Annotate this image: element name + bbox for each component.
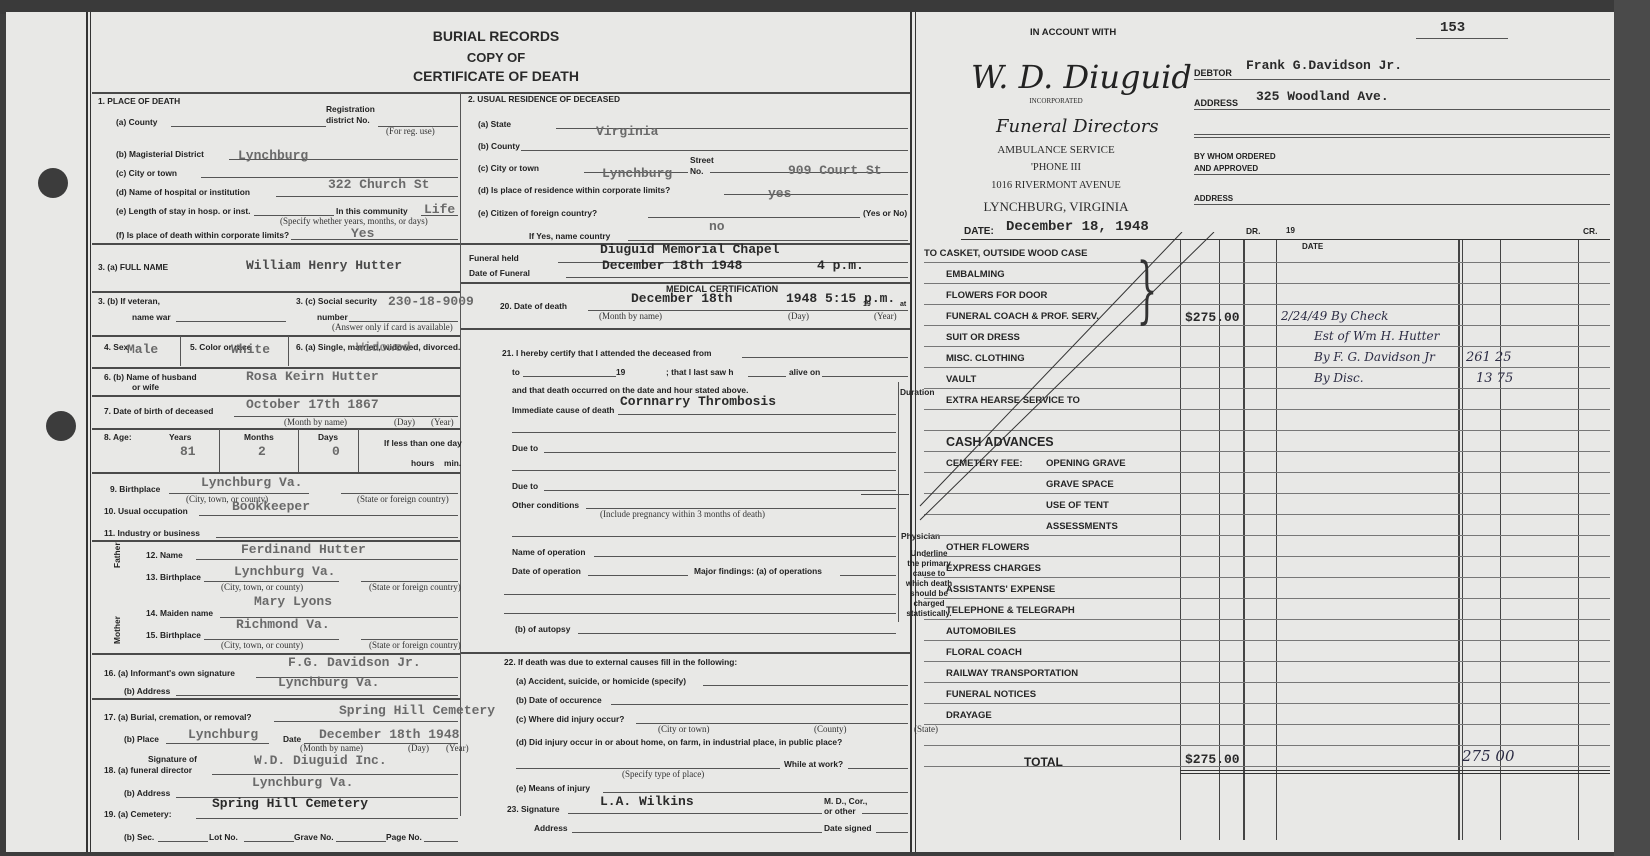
op-date-label: Date of operation xyxy=(512,566,581,576)
foreign-value: no xyxy=(709,219,725,234)
war-label: name war xyxy=(132,312,171,322)
death-date-value: December 18th xyxy=(631,291,732,306)
place-of-death-heading: 1. PLACE OF DEATH xyxy=(98,96,180,106)
father-name-field[interactable] xyxy=(196,559,458,560)
cemetery-label: 19. (a) Cemetery: xyxy=(104,809,172,819)
ledger-row-line[interactable] xyxy=(924,535,1610,536)
mother-birthplace-label: 15. Birthplace xyxy=(146,630,201,640)
sec-label: (b) Sec. xyxy=(124,832,154,842)
residence-corporate-label: (d) Is place of residence within corpora… xyxy=(478,185,670,195)
hospital-label: (d) Name of hospital or institution xyxy=(116,187,250,197)
date-signed-field[interactable] xyxy=(876,832,908,833)
immediate-cause-field[interactable] xyxy=(618,414,896,415)
days-value: 0 xyxy=(332,444,340,459)
years-value: 81 xyxy=(180,444,196,459)
findings-extra-field-2[interactable] xyxy=(504,613,896,614)
informant-address-value: Lynchburg Va. xyxy=(278,675,379,690)
ledger-item-label: TELEPHONE & TELEGRAPH xyxy=(946,605,1075,616)
cemetery-value: Spring Hill Cemetery xyxy=(212,796,368,811)
ordered-address-field[interactable] xyxy=(1194,204,1610,205)
ledger-item-label: FUNERAL NOTICES xyxy=(946,689,1036,700)
funeral-date-value: December 18th 1948 xyxy=(602,258,742,273)
signature-field[interactable] xyxy=(568,813,822,814)
accident-field[interactable] xyxy=(703,685,908,686)
op-date-field[interactable] xyxy=(588,575,688,576)
day-note: (Day) xyxy=(788,311,809,321)
credit-amount: 261 25 xyxy=(1466,350,1512,365)
ambulance-label: AMBULANCE SERVICE xyxy=(976,144,1136,156)
burial-place-value: Lynchburg xyxy=(188,727,258,742)
funeral-date-label: Date of Funeral xyxy=(469,268,530,278)
type-note: (Specify type of place) xyxy=(622,769,704,779)
state-note: (State or foreign country) xyxy=(369,582,461,592)
magisterial-value: Lynchburg xyxy=(238,148,308,163)
residence-county-field[interactable] xyxy=(521,150,908,151)
min-label: min. xyxy=(444,458,461,468)
ledger-row-line[interactable] xyxy=(924,682,1610,683)
accident-label: (a) Accident, suicide, or homicide (spec… xyxy=(516,676,686,686)
occurrence-field[interactable] xyxy=(611,704,908,705)
funeral-time-value: 4 p.m. xyxy=(817,258,864,273)
left-border xyxy=(86,12,88,852)
ledger-row-line[interactable] xyxy=(924,703,1610,704)
ordered-by-label: BY WHOM ORDERED xyxy=(1194,152,1276,161)
veteran-label: 3. (b) If veteran, xyxy=(98,296,160,306)
other-conditions-extra-field[interactable] xyxy=(512,536,896,537)
burial-date-label: Date xyxy=(283,734,301,744)
pregnancy-note: (Include pregnancy within 3 months of de… xyxy=(600,509,765,519)
signature-value: L.A. Wilkins xyxy=(600,794,694,809)
mother-birthplace-value: Richmond Va. xyxy=(236,617,330,632)
credit-date: 2/24/49 xyxy=(1281,309,1327,323)
phone-label: 'PHONE III xyxy=(976,162,1136,173)
approved-label: AND APPROVED xyxy=(1194,164,1258,173)
hospital-value: 322 Church St xyxy=(328,177,429,192)
signer-address-field[interactable] xyxy=(572,832,822,833)
in-account-with-label: IN ACCOUNT WITH xyxy=(1030,27,1116,38)
mother-maiden-value: Mary Lyons xyxy=(254,594,332,609)
charge-amount: $275.00 xyxy=(1185,310,1240,325)
street-value: 909 Court St xyxy=(788,163,882,178)
foreign-label: (e) Citizen of foreign country? xyxy=(478,208,597,218)
county-label: (a) County xyxy=(116,117,157,127)
year-note: (Year) xyxy=(446,743,469,753)
where-label: (c) Where did injury occur? xyxy=(516,714,624,724)
county-note: (County) xyxy=(814,724,847,734)
debtor-extra-line xyxy=(1194,137,1610,138)
lot-field[interactable] xyxy=(244,841,294,842)
occurrence-label: (b) Date of occurence xyxy=(516,695,602,705)
findings-field[interactable] xyxy=(840,575,896,576)
funeral-date-field[interactable] xyxy=(566,277,908,278)
father-name-label: 12. Name xyxy=(146,550,183,560)
director-value: W.D. Diuguid Inc. xyxy=(254,753,387,768)
incorporated-label: INCORPORATED xyxy=(1016,97,1096,105)
debtor-field[interactable] xyxy=(1194,79,1610,80)
informant-label: 16. (a) Informant's own signature xyxy=(104,668,235,678)
operation-field[interactable] xyxy=(594,556,896,557)
attended-from-field[interactable] xyxy=(742,357,908,358)
lot-label: Lot No. xyxy=(209,832,238,842)
immediate-cause-label: Immediate cause of death xyxy=(512,405,614,415)
external-heading: 22. If death was due to external causes … xyxy=(504,657,737,667)
autopsy-label: (b) of autopsy xyxy=(515,624,570,634)
home-label: (d) Did injury occur in or about home, o… xyxy=(516,737,842,747)
state-label: (a) State xyxy=(478,119,511,129)
burial-place-label: (b) Place xyxy=(124,734,159,744)
year-prefix: 19 xyxy=(1286,226,1295,235)
certify-label: 21. I hereby certify that I attended the… xyxy=(502,348,711,358)
ledger-row-line[interactable] xyxy=(924,745,1610,746)
grave-field[interactable] xyxy=(336,841,386,842)
debit-header: DR. xyxy=(1246,226,1260,236)
funeral-directors-label: Funeral Directors xyxy=(996,116,1159,137)
country-label: If Yes, name country xyxy=(529,231,610,241)
industry-label: 11. Industry or business xyxy=(104,528,200,538)
cause-extra-field[interactable] xyxy=(512,432,896,433)
physician-label: Physician xyxy=(901,531,940,541)
months-value: 2 xyxy=(258,444,266,459)
father-name-value: Ferdinand Hutter xyxy=(241,542,366,557)
community-value: Life xyxy=(424,202,455,217)
informant-address-field[interactable] xyxy=(176,695,458,696)
ledger-item-label: AUTOMOBILES xyxy=(946,626,1016,637)
director-label: Signature of xyxy=(148,754,197,764)
residence-county-label: (b) County xyxy=(478,141,520,151)
sec-field[interactable] xyxy=(158,841,208,842)
work-field[interactable] xyxy=(848,768,908,769)
findings-label: Major findings: (a) of operations xyxy=(694,566,822,576)
total-label: TOTAL xyxy=(1024,755,1063,769)
reg-use-note: (For reg. use) xyxy=(386,126,435,136)
corporate-limits-label: (f) Is place of death within corporate l… xyxy=(116,230,289,240)
signer-address-label: Address xyxy=(534,823,568,833)
ledger-row-line[interactable] xyxy=(924,724,1610,725)
marital-value: Widowed xyxy=(356,340,411,355)
date-column-header: DATE xyxy=(1302,242,1323,251)
spouse-value: Rosa Keirn Hutter xyxy=(246,369,379,384)
burial-record-card: BURIAL RECORDS COPY OF CERTIFICATE OF DE… xyxy=(6,12,1614,852)
cemetery-field[interactable] xyxy=(196,818,458,819)
ledger-row-line[interactable] xyxy=(924,619,1610,620)
immediate-cause-value: Cornnarry Thrombosis xyxy=(620,394,776,409)
debtor-value: Frank G.Davidson Jr. xyxy=(1246,58,1402,73)
industry-field[interactable] xyxy=(216,537,458,538)
county-field[interactable] xyxy=(171,126,326,127)
ledger-item-label: OTHER FLOWERS xyxy=(946,542,1029,553)
city-label: LYNCHBURG, VIRGINIA xyxy=(966,199,1146,215)
day-note: (Day) xyxy=(394,417,415,427)
state-note: (State) xyxy=(914,724,938,734)
ledger-row-line[interactable] xyxy=(924,640,1610,641)
state-value: Virginia xyxy=(596,124,658,139)
md-label: M. D., Cor., xyxy=(824,796,867,806)
residence-city-value: Lynchburg xyxy=(602,166,672,181)
residence-city-label: (c) City or town xyxy=(478,163,539,173)
cancel-strike-icon xyxy=(916,232,1216,532)
debtor-label: DEBTOR xyxy=(1194,68,1232,78)
informant-address-label: (b) Address xyxy=(124,686,170,696)
occupation-field[interactable] xyxy=(199,515,458,516)
ledger-row-line[interactable] xyxy=(924,556,1610,557)
credit-desc: By F. G. Davidson Jr xyxy=(1314,350,1435,364)
burial-date-value: December 18th 1948 xyxy=(319,727,459,742)
street-no-label: No. xyxy=(690,166,704,176)
hours-label: hours xyxy=(411,458,434,468)
header-burial-records: BURIAL RECORDS xyxy=(366,28,626,44)
last-saw-label: ; that I last saw h xyxy=(666,367,733,377)
state-note: (State or foreign country) xyxy=(369,640,461,650)
community-label: In this community xyxy=(336,206,408,216)
month-note: (Month by name) xyxy=(300,743,363,753)
sex-label: 4. Sex xyxy=(104,342,128,352)
credit-desc: By Disc. xyxy=(1314,371,1364,385)
findings-extra-field[interactable] xyxy=(504,594,896,595)
total-credit: 275 00 xyxy=(1462,747,1515,765)
account-number-line xyxy=(1416,38,1508,39)
hospital-field[interactable] xyxy=(276,196,458,197)
other-conditions-label: Other conditions xyxy=(512,500,579,510)
months-label: Months xyxy=(244,432,274,442)
total-debit: $275.00 xyxy=(1185,752,1240,767)
mother-side-label: Mother xyxy=(112,616,122,644)
years-label: Years xyxy=(169,432,191,442)
at-label: at xyxy=(900,301,906,308)
registration-label: Registration xyxy=(326,104,375,114)
informant-value: F.G. Davidson Jr. xyxy=(288,655,421,670)
month-note: (Month by name) xyxy=(284,417,347,427)
ssn-note: (Answer only if card is available) xyxy=(332,322,453,332)
residence-corporate-field[interactable] xyxy=(724,194,908,195)
ledger-item-label: EXPRESS CHARGES xyxy=(946,563,1041,574)
city-note: (City, town, or county) xyxy=(221,640,303,650)
nineteen-label: 19 xyxy=(863,301,871,308)
days-label: Days xyxy=(318,432,338,442)
due-to-label: Due to xyxy=(512,443,538,453)
city-note: (City or town) xyxy=(658,724,710,734)
sex-value: Male xyxy=(127,342,158,357)
full-name-label: 3. (a) FULL NAME xyxy=(98,262,168,272)
year-note: (Year) xyxy=(431,417,454,427)
street-label: 1016 RIVERMONT AVENUE xyxy=(966,180,1146,191)
color-value: White xyxy=(231,342,270,357)
director-label-2: 18. (a) funeral director xyxy=(104,765,192,775)
binder-hole-icon xyxy=(38,168,68,198)
due-to-field[interactable] xyxy=(544,452,896,453)
ledger-row-line[interactable] xyxy=(924,661,1610,662)
attended-to-field[interactable] xyxy=(523,376,616,377)
debtor-address-label: ADDRESS xyxy=(1194,98,1238,108)
work-label: While at work? xyxy=(784,759,843,769)
signature-label: 23. Signature xyxy=(507,804,560,814)
ordered-address-label: ADDRESS xyxy=(1194,194,1233,203)
credit-desc: Est of Wm H. Hutter xyxy=(1314,329,1439,343)
brand-logo: W. D. Diuguid xyxy=(971,58,1192,96)
father-birthplace-value: Lynchburg Va. xyxy=(234,564,335,579)
due-to-label-2: Due to xyxy=(512,481,538,491)
center-divider xyxy=(910,12,912,852)
ledger-row-line[interactable] xyxy=(924,577,1610,578)
funeral-held-value: Diuguid Memorial Chapel xyxy=(600,242,779,257)
ledger-row-line[interactable] xyxy=(924,598,1610,599)
page-label: Page No. xyxy=(386,832,422,842)
account-number: 153 xyxy=(1440,20,1465,36)
birthplace-label: 9. Birthplace xyxy=(110,484,160,494)
credit-header: CR. xyxy=(1583,226,1597,236)
page-field[interactable] xyxy=(424,841,458,842)
means-field[interactable] xyxy=(603,792,908,793)
burial-value: Spring Hill Cemetery xyxy=(339,703,495,718)
ssn-value: 230-18-9009 xyxy=(388,294,474,309)
state-note: (State or foreign country) xyxy=(357,494,449,504)
age-label: 8. Age: xyxy=(104,432,132,442)
occupation-label: 10. Usual occupation xyxy=(104,506,188,516)
occupation-value: Bookkeeper xyxy=(232,499,310,514)
credit-amount: 13 75 xyxy=(1476,371,1513,386)
year-note: (Year) xyxy=(874,311,897,321)
day-note: (Day) xyxy=(408,743,429,753)
funeral-held-label: Funeral held xyxy=(469,253,519,263)
birthplace-value: Lynchburg Va. xyxy=(201,475,302,490)
ssn-label: 3. (c) Social security xyxy=(296,296,377,306)
corporate-limits-field[interactable] xyxy=(291,239,458,240)
father-birthplace-label: 13. Birthplace xyxy=(146,572,201,582)
country-field[interactable] xyxy=(628,240,908,241)
burial-field[interactable] xyxy=(274,721,458,722)
autopsy-field[interactable] xyxy=(578,633,896,634)
mother-maiden-label: 14. Maiden name xyxy=(146,608,213,618)
foreign-field[interactable] xyxy=(648,217,860,218)
city-label: (c) City or town xyxy=(116,168,177,178)
due-to-extra-field[interactable] xyxy=(512,470,896,471)
grave-label: Grave No. xyxy=(294,832,334,842)
less-than-day-label: If less than one day xyxy=(384,438,462,448)
means-label: (e) Means of injury xyxy=(516,783,590,793)
ssn-number-label: number xyxy=(317,312,348,322)
alive-on-field[interactable] xyxy=(822,376,908,377)
foreign-note: (Yes or No) xyxy=(863,208,907,218)
corporate-limits-value: Yes xyxy=(351,226,374,241)
nineteen-label: 19 xyxy=(616,367,625,377)
death-year-time-value: 1948 5:15 p.m. xyxy=(786,291,895,306)
md-label-2: or other xyxy=(824,806,856,816)
stay-note: (Specify whether years, months, or days) xyxy=(280,216,428,226)
residence-heading: 2. USUAL RESIDENCE OF DECEASED xyxy=(468,94,620,104)
to-label: to xyxy=(512,367,520,377)
ledger-item-label: DRAYAGE xyxy=(946,710,992,721)
stay-label: (e) Length of stay in hosp. or inst. xyxy=(116,206,250,216)
pronoun-field[interactable] xyxy=(748,376,786,377)
debtor-extra-field[interactable] xyxy=(1194,134,1610,135)
burial-label: 17. (a) Burial, cremation, or removal? xyxy=(104,712,252,722)
scanner-right-edge xyxy=(1614,0,1650,856)
ledger-item-label: FLORAL COACH xyxy=(946,647,1022,658)
alive-on-label: alive on xyxy=(789,367,820,377)
ledger-item-label: ASSISTANTS' EXPENSE xyxy=(946,584,1055,595)
header-copy-of: COPY OF xyxy=(366,50,626,65)
debtor-address-field[interactable] xyxy=(1194,109,1610,110)
full-name-value: William Henry Hutter xyxy=(246,258,402,273)
war-field[interactable] xyxy=(176,321,286,322)
operation-label: Name of operation xyxy=(512,547,586,557)
ordered-by-field[interactable] xyxy=(1194,174,1610,175)
spouse-label-2: or wife xyxy=(132,382,159,392)
director-address-value: Lynchburg Va. xyxy=(252,775,353,790)
ledger-item-label: RAILWAY TRANSPORTATION xyxy=(946,668,1078,679)
debtor-address-value: 325 Woodland Ave. xyxy=(1256,89,1389,104)
city-note: (City, town, or county) xyxy=(221,582,303,592)
magisterial-label: (b) Magisterial District xyxy=(116,149,204,159)
date-signed-label: Date signed xyxy=(824,823,871,833)
father-side-label: Father xyxy=(112,542,122,568)
burial-place-field[interactable] xyxy=(166,743,269,744)
street-label: Street xyxy=(690,155,714,165)
md-field[interactable] xyxy=(862,813,908,814)
binder-hole-icon xyxy=(46,411,76,441)
birth-date-value: October 17th 1867 xyxy=(246,397,379,412)
director-address-label: (b) Address xyxy=(124,788,170,798)
month-note: (Month by name) xyxy=(599,311,662,321)
left-border xyxy=(90,12,91,852)
header-certificate-of-death: CERTIFICATE OF DEATH xyxy=(366,68,626,84)
credit-desc: By Check xyxy=(1331,309,1388,323)
death-date-label: 20. Date of death xyxy=(500,301,567,311)
due-to-field-2[interactable] xyxy=(544,490,896,491)
residence-corporate-value: yes xyxy=(768,186,791,201)
birth-date-label: 7. Date of birth of deceased xyxy=(104,406,213,416)
spouse-label: 6. (b) Name of husband xyxy=(104,372,197,382)
district-label: district No. xyxy=(326,115,370,125)
